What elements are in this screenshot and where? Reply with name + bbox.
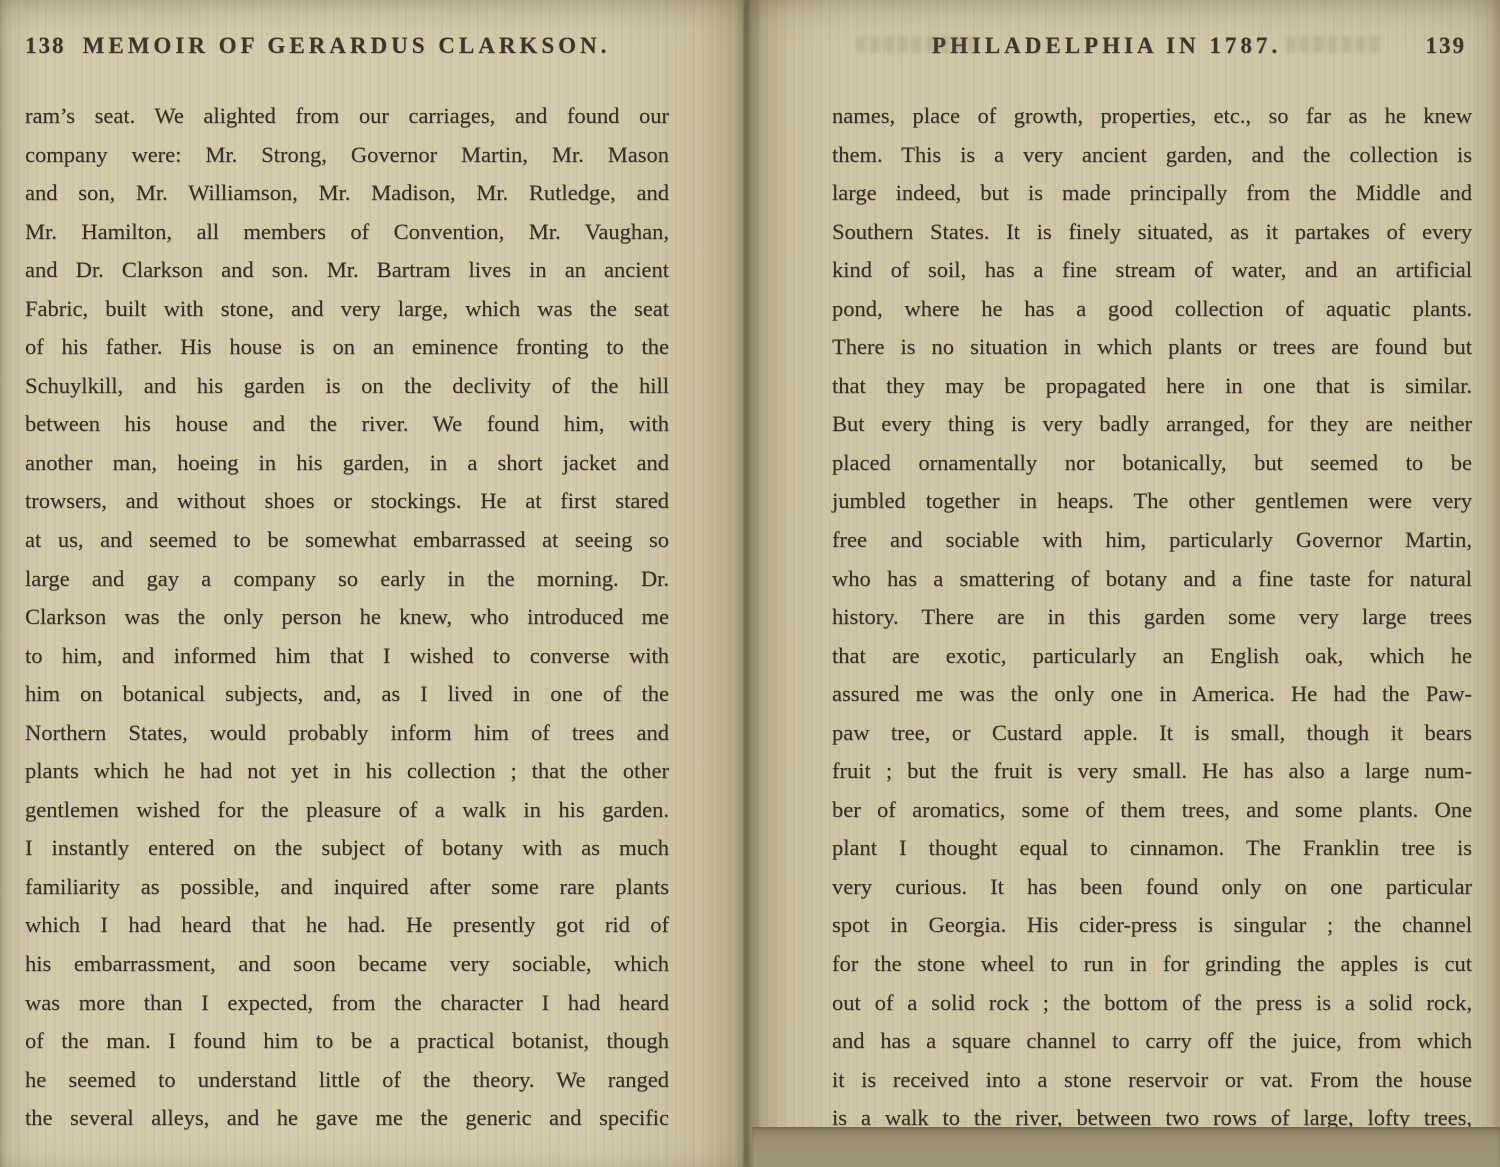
text-line: out of a solid rock ; the bottom of the … (832, 984, 1472, 1023)
text-line: Northern States, would probably inform h… (25, 714, 669, 753)
text-line: gentlemen wished for the pleasure of a w… (25, 791, 669, 830)
text-line: large indeed, but is made principally fr… (832, 174, 1472, 213)
text-line: Southern States. It is finely situated, … (832, 213, 1472, 252)
book-spread: 138 MEMOIR OF GERARDUS CLARKSON. ram’s s… (0, 0, 1500, 1167)
right-page-number: 139 (1426, 33, 1467, 59)
text-line: There is no situation in which plants or… (832, 328, 1472, 367)
text-line: which I had heard that he had. He presen… (25, 906, 669, 945)
text-line: to him, and informed him that I wished t… (25, 637, 669, 676)
text-line: pond, where he has a good collection of … (832, 290, 1472, 329)
text-line: I instantly entered on the subject of bo… (25, 829, 669, 868)
text-line: plant I thought equal to cinnamon. The F… (832, 829, 1472, 868)
text-line: company were: Mr. Strong, Governor Marti… (25, 136, 669, 175)
text-line: fruit ; but the fruit is very small. He … (832, 752, 1472, 791)
right-page: PHILADELPHIA IN 1787. 139 names, place o… (748, 0, 1500, 1167)
ink-bleed-ghost (856, 36, 974, 53)
text-line: names, place of growth, properties, etc.… (832, 97, 1472, 136)
text-line: ber of aromatics, some of them trees, an… (832, 791, 1472, 830)
text-line: Schuylkill, and his garden is on the dec… (25, 367, 669, 406)
text-line: placed ornamentally nor botanically, but… (832, 444, 1472, 483)
text-line: assured me was the only one in America. … (832, 675, 1472, 714)
text-line: and has a square channel to carry off th… (832, 1022, 1472, 1061)
text-line: him on botanical subjects, and, as I liv… (25, 675, 669, 714)
left-page-header: 138 MEMOIR OF GERARDUS CLARKSON. (0, 33, 748, 63)
text-line: and Dr. Clarkson and son. Mr. Bartram li… (25, 251, 669, 290)
text-line: history. There are in this garden some v… (832, 598, 1472, 637)
text-line: paw tree, or Custard apple. It is small,… (832, 714, 1472, 753)
text-line: who has a smattering of botany and a fin… (832, 560, 1472, 599)
text-line: at us, and seemed to be somewhat embarra… (25, 521, 669, 560)
text-line: But every thing is very badly arranged, … (832, 405, 1472, 444)
text-line: kind of soil, has a fine stream of water… (832, 251, 1472, 290)
text-line: of his father. His house is on an eminen… (25, 328, 669, 367)
text-line: it is received into a stone reservoir or… (832, 1061, 1472, 1100)
text-line: spot in Georgia. His cider-press is sing… (832, 906, 1472, 945)
text-line: very curious. It has been found only on … (832, 868, 1472, 907)
text-line: free and sociable with him, particularly… (832, 521, 1472, 560)
text-line: of the man. I found him to be a practica… (25, 1022, 669, 1061)
text-line: for the stone wheel to run in for grindi… (832, 945, 1472, 984)
right-page-body: names, place of growth, properties, etc.… (832, 97, 1472, 1138)
text-line: he seemed to understand little of the th… (25, 1061, 669, 1100)
text-line: the several alleys, and he gave me the g… (25, 1099, 669, 1138)
gutter-crease (744, 0, 747, 1167)
left-running-header: MEMOIR OF GERARDUS CLARKSON. (25, 33, 668, 59)
text-line: another man, hoeing in his garden, in a … (25, 444, 669, 483)
left-page-body: ram’s seat. We alighted from our carriag… (25, 97, 669, 1138)
text-line: Mr. Hamilton, all members of Convention,… (25, 213, 669, 252)
page-bottom-edge (752, 1127, 1500, 1167)
text-line: ram’s seat. We alighted from our carriag… (25, 97, 669, 136)
text-line: that are exotic, particularly an English… (832, 637, 1472, 676)
text-line: them. This is a very ancient garden, and… (832, 136, 1472, 175)
left-page: 138 MEMOIR OF GERARDUS CLARKSON. ram’s s… (0, 0, 748, 1167)
text-line: that they may be propagated here in one … (832, 367, 1472, 406)
text-line: and son, Mr. Williamson, Mr. Madison, Mr… (25, 174, 669, 213)
text-line: large and gay a company so early in the … (25, 560, 669, 599)
text-line: trowsers, and without shoes or stockings… (25, 482, 669, 521)
text-line: Fabric, built with stone, and very large… (25, 290, 669, 329)
ink-bleed-ghost (1286, 36, 1382, 53)
text-line: jumbled together in heaps. The other gen… (832, 482, 1472, 521)
text-line: familiarity as possible, and inquired af… (25, 868, 669, 907)
text-line: Clarkson was the only person he knew, wh… (25, 598, 669, 637)
text-line: between his house and the river. We foun… (25, 405, 669, 444)
text-line: his embarrassment, and soon became very … (25, 945, 669, 984)
text-line: was more than I expected, from the chara… (25, 984, 669, 1023)
text-line: plants which he had not yet in his colle… (25, 752, 669, 791)
